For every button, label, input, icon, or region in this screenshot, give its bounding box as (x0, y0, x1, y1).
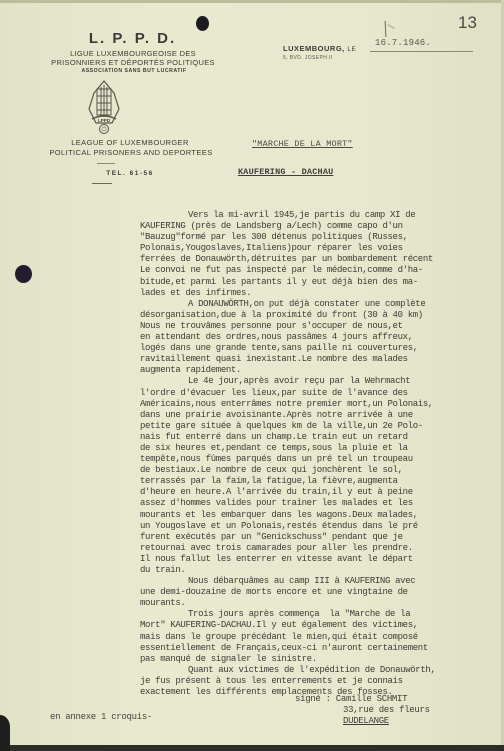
body-line: Trois jours après commença la "Marche de… (140, 609, 502, 620)
document-page: L. P. P. D. LIGUE LUXEMBOURGEOISE DES PR… (0, 0, 504, 751)
letterhead-association-note: ASSOCIATION SANS BUT LUCRATIF (38, 68, 230, 74)
body-line: un Yougoslave et un Polonais,restés éten… (140, 521, 502, 532)
letterhead-name-fr-1: LIGUE LUXEMBOURGEOISE DES (28, 49, 238, 58)
body-line: de bestiaux.Le nombre de ceux qui jonchè… (140, 465, 502, 476)
body-line: furent exécutés par un "Genickschuss" pe… (140, 532, 502, 543)
body-line: Quant aux victimes de l'expédition de Do… (140, 665, 502, 676)
letterhead-name-en-1: LEAGUE OF LUXEMBOURGER (30, 138, 230, 147)
paper-corner-curl (0, 715, 10, 751)
letterhead-divider-2 (92, 183, 112, 184)
body-line: mais dans le groupe précédant le mien,qu… (140, 632, 502, 643)
body-line: lades et des infirmes. (140, 288, 502, 299)
annexe-note: en annexe 1 croquis- (50, 712, 152, 722)
body-line: augmenta rapidement. (140, 365, 502, 376)
body-line: Le 4e jour,après avoir reçu par la Wehrm… (140, 376, 502, 387)
svg-text:LPPD: LPPD (98, 118, 111, 123)
body-line: nais fut enterré dans un champ.Le train … (140, 432, 502, 443)
body-line: assez d'hommes valides pour traîner les … (140, 498, 502, 509)
body-line: logés dans une grande tente,sans paille … (140, 343, 502, 354)
body-line: Nous débarquâmes au camp III à KAUFERING… (140, 576, 502, 587)
body-line: ravitaillement quasi inexistant.Le nombr… (140, 354, 502, 365)
letterhead-divider (97, 163, 115, 164)
document-subtitle: KAUFERING - DACHAU (238, 167, 333, 177)
page-number: 13 (458, 13, 477, 33)
body-line: Le convoi ne fut pas inspecté par le méd… (140, 265, 502, 276)
body-line: Mort" KAUFERING-DACHAU.Il y eut égalemen… (140, 620, 502, 631)
letterhead-name-en-2: POLITICAL PRISONERS AND DEPORTEES (25, 148, 237, 157)
body-line: essentiellement de Français,ceux-ci n'au… (140, 643, 502, 654)
body-line: en attendant des ordres,nous passâmes 4 … (140, 332, 502, 343)
body-line: ferrées de Donauwörth,détruites par un b… (140, 254, 502, 265)
date-prefix: LE (347, 46, 356, 53)
pencil-mark (385, 21, 387, 37)
body-line: Américains,nous enterrâmes notre premier… (140, 399, 502, 410)
lppd-emblem-icon: LPPD (86, 79, 122, 135)
signature-town: DUDELANGE (343, 716, 389, 726)
signature-street: 33,rue des fleurs (343, 705, 430, 715)
paper-top-edge (0, 0, 504, 3)
pencil-mark (387, 24, 394, 29)
body-line: terrassés par la faim,la fatigue,la fièv… (140, 476, 502, 487)
body-line: Il nous fallut les enterrer en vitesse a… (140, 554, 502, 565)
punch-hole-top (196, 16, 209, 31)
body-text: Vers la mi-avril 1945,je partis du camp … (140, 210, 502, 698)
body-line: Nous ne trouvâmes personne pour s'occupe… (140, 321, 502, 332)
body-line: Vers la mi-avril 1945,je partis du camp … (140, 210, 502, 221)
scan-bottom-border (0, 745, 504, 751)
body-line: KAUFERING (près de Landsberg a/Lech) com… (140, 221, 502, 232)
signature-name: signé : Camille SCHMIT (295, 694, 407, 704)
place-line: LUXEMBOURG, LE (283, 44, 356, 53)
street-address: 5, BVD. JOSEPH II (283, 55, 333, 61)
letterhead-name-fr-2: PRISONNIERS ET DÉPORTÉS POLITIQUES (25, 58, 241, 67)
body-line: petite gare située à quelques km de la v… (140, 421, 502, 432)
body-line: bitude,et parmi les partants il y eut dé… (140, 277, 502, 288)
letter-date: 16.7.1946. (375, 38, 431, 48)
letterhead-telephone: TEL. 61-56 (72, 170, 188, 177)
body-line: l'ordre d'évacuer les lieux,par suite de… (140, 388, 502, 399)
body-line: tempête,nous fûmes parqués dans un pré t… (140, 454, 502, 465)
body-line: de six heures et,pendant ce temps,sous l… (140, 443, 502, 454)
document-title: "MARCHE DE LA MORT" (252, 139, 353, 149)
body-line: mourants et les embarquer dans les wagon… (140, 510, 502, 521)
city: LUXEMBOURG, (283, 44, 345, 53)
letterhead-acronym: L. P. P. D. (40, 30, 225, 47)
body-line: Polonais,Yougoslaves,Italiens)pour répar… (140, 243, 502, 254)
body-line: mourants. (140, 598, 502, 609)
body-line: désorganisation,due à la proximité du fr… (140, 310, 502, 321)
body-line: retournai avec trois camarades pour alle… (140, 543, 502, 554)
body-line: dans une prairie avoisinante.Après notre… (140, 410, 502, 421)
body-line: d'heure en heure.A l'arrivée du train,il… (140, 487, 502, 498)
body-line: "Bauzug"formé par les 300 détenus politi… (140, 232, 502, 243)
date-underline (370, 51, 473, 52)
body-line: A DONAUWÖRTH,on put déjà constater une c… (140, 299, 502, 310)
body-line: du train. (140, 565, 502, 576)
body-line: une demi-douzaine de morts encore et une… (140, 587, 502, 598)
body-line: pas manqué de signaler le sinistre. (140, 654, 502, 665)
body-line: je fus présent à tous les enterrements e… (140, 676, 502, 687)
punch-hole-left (15, 265, 32, 283)
